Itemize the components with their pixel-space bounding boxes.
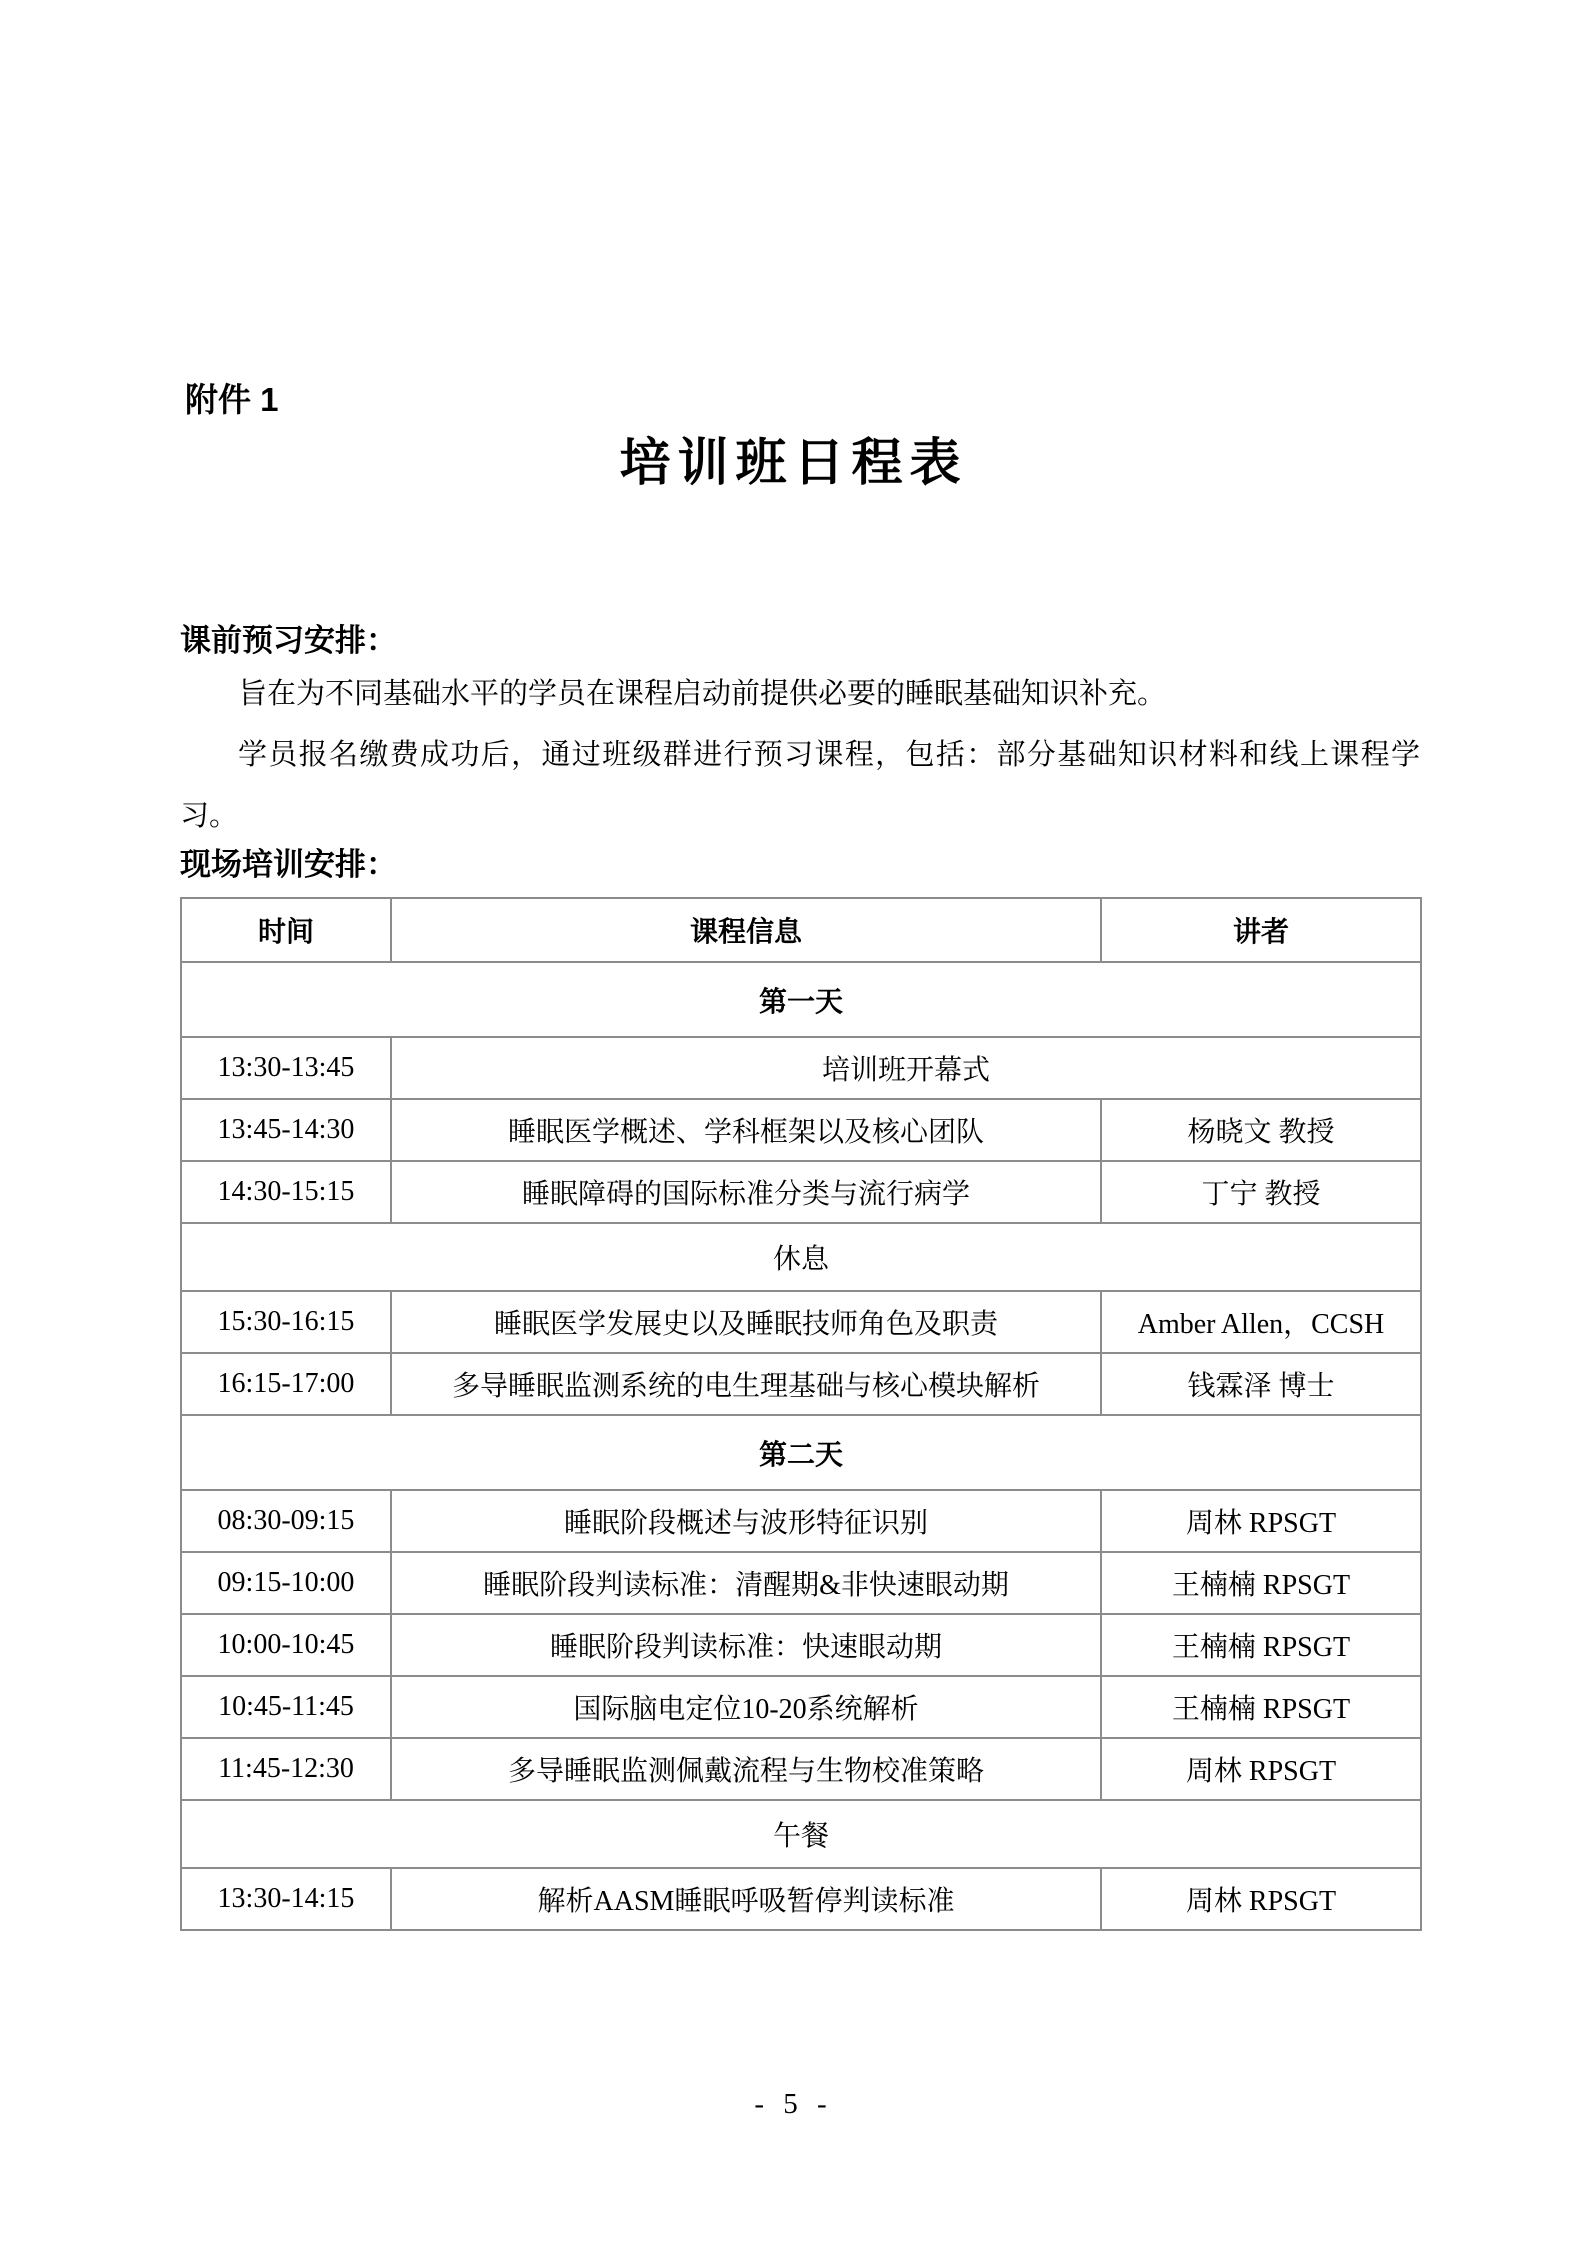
- speaker-cell: 周林 RPSGT: [1101, 1738, 1421, 1800]
- table-row: 15:30-16:15 睡眠医学发展史以及睡眠技师角色及职责 Amber All…: [181, 1291, 1421, 1353]
- schedule-table: 时间 课程信息 讲者 第一天 13:30-13:45 培训班开幕式 13:45-…: [180, 897, 1422, 1931]
- time-cell: 13:45-14:30: [181, 1099, 391, 1161]
- course-cell: 睡眠医学发展史以及睡眠技师角色及职责: [391, 1291, 1101, 1353]
- attachment-label: 附件 1: [185, 380, 279, 420]
- document-page: 附件 1 培训班日程表 课前预习安排： 旨在为不同基础水平的学员在课程启动前提供…: [0, 0, 1587, 2245]
- break-row: 午餐: [181, 1800, 1421, 1868]
- onsite-section-heading: 现场培训安排：: [180, 846, 397, 884]
- table-row: 16:15-17:00 多导睡眠监测系统的电生理基础与核心模块解析 钱霖泽 博士: [181, 1353, 1421, 1415]
- preview-paragraph-1: 旨在为不同基础水平的学员在课程启动前提供必要的睡眠基础知识补充。: [180, 664, 1420, 725]
- course-cell: 睡眠障碍的国际标准分类与流行病学: [391, 1161, 1101, 1223]
- col-header-time: 时间: [181, 898, 391, 962]
- speaker-cell: 周林 RPSGT: [1101, 1490, 1421, 1552]
- time-cell: 16:15-17:00: [181, 1353, 391, 1415]
- preview-paragraphs: 旨在为不同基础水平的学员在课程启动前提供必要的睡眠基础知识补充。 学员报名缴费成…: [180, 664, 1420, 847]
- course-cell: 睡眠阶段概述与波形特征识别: [391, 1490, 1101, 1552]
- table-row: 13:30-13:45 培训班开幕式: [181, 1037, 1421, 1099]
- time-cell: 11:45-12:30: [181, 1738, 391, 1800]
- time-cell: 15:30-16:15: [181, 1291, 391, 1353]
- time-cell: 10:00-10:45: [181, 1614, 391, 1676]
- break-row: 休息: [181, 1223, 1421, 1291]
- day-row: 第一天: [181, 962, 1421, 1037]
- time-cell: 13:30-13:45: [181, 1037, 391, 1099]
- table-row: 10:00-10:45 睡眠阶段判读标准：快速眼动期 王楠楠 RPSGT: [181, 1614, 1421, 1676]
- table-row: 10:45-11:45 国际脑电定位10-20系统解析 王楠楠 RPSGT: [181, 1676, 1421, 1738]
- time-cell: 10:45-11:45: [181, 1676, 391, 1738]
- course-cell: 多导睡眠监测佩戴流程与生物校准策略: [391, 1738, 1101, 1800]
- time-cell: 08:30-09:15: [181, 1490, 391, 1552]
- page-title: 培训班日程表: [0, 432, 1587, 496]
- day-label: 第一天: [181, 962, 1421, 1037]
- break-label: 休息: [181, 1223, 1421, 1291]
- speaker-cell: 王楠楠 RPSGT: [1101, 1676, 1421, 1738]
- course-cell: 睡眠阶段判读标准：清醒期&非快速眼动期: [391, 1552, 1101, 1614]
- speaker-cell: 丁宁 教授: [1101, 1161, 1421, 1223]
- day-row: 第二天: [181, 1415, 1421, 1490]
- table-row: 14:30-15:15 睡眠障碍的国际标准分类与流行病学 丁宁 教授: [181, 1161, 1421, 1223]
- time-cell: 14:30-15:15: [181, 1161, 391, 1223]
- preview-section-heading: 课前预习安排：: [180, 622, 397, 660]
- table-row: 08:30-09:15 睡眠阶段概述与波形特征识别 周林 RPSGT: [181, 1490, 1421, 1552]
- speaker-cell: 王楠楠 RPSGT: [1101, 1552, 1421, 1614]
- break-label: 午餐: [181, 1800, 1421, 1868]
- course-cell: 培训班开幕式: [391, 1037, 1421, 1099]
- table-header-row: 时间 课程信息 讲者: [181, 898, 1421, 962]
- speaker-cell: Amber Allen，CCSH: [1101, 1291, 1421, 1353]
- preview-paragraph-2: 学员报名缴费成功后，通过班级群进行预习课程，包括：部分基础知识材料和线上课程学习…: [180, 725, 1420, 847]
- course-cell: 多导睡眠监测系统的电生理基础与核心模块解析: [391, 1353, 1101, 1415]
- table-row: 09:15-10:00 睡眠阶段判读标准：清醒期&非快速眼动期 王楠楠 RPSG…: [181, 1552, 1421, 1614]
- speaker-cell: 钱霖泽 博士: [1101, 1353, 1421, 1415]
- course-cell: 解析AASM睡眠呼吸暂停判读标准: [391, 1868, 1101, 1930]
- table-row: 11:45-12:30 多导睡眠监测佩戴流程与生物校准策略 周林 RPSGT: [181, 1738, 1421, 1800]
- course-cell: 睡眠医学概述、学科框架以及核心团队: [391, 1099, 1101, 1161]
- speaker-cell: 王楠楠 RPSGT: [1101, 1614, 1421, 1676]
- day-label: 第二天: [181, 1415, 1421, 1490]
- speaker-cell: 周林 RPSGT: [1101, 1868, 1421, 1930]
- speaker-cell: 杨晓文 教授: [1101, 1099, 1421, 1161]
- table-row: 13:30-14:15 解析AASM睡眠呼吸暂停判读标准 周林 RPSGT: [181, 1868, 1421, 1930]
- course-cell: 睡眠阶段判读标准：快速眼动期: [391, 1614, 1101, 1676]
- time-cell: 09:15-10:00: [181, 1552, 391, 1614]
- page-number: - 5 -: [0, 2088, 1587, 2121]
- col-header-speaker: 讲者: [1101, 898, 1421, 962]
- time-cell: 13:30-14:15: [181, 1868, 391, 1930]
- table-row: 13:45-14:30 睡眠医学概述、学科框架以及核心团队 杨晓文 教授: [181, 1099, 1421, 1161]
- col-header-course: 课程信息: [391, 898, 1101, 962]
- course-cell: 国际脑电定位10-20系统解析: [391, 1676, 1101, 1738]
